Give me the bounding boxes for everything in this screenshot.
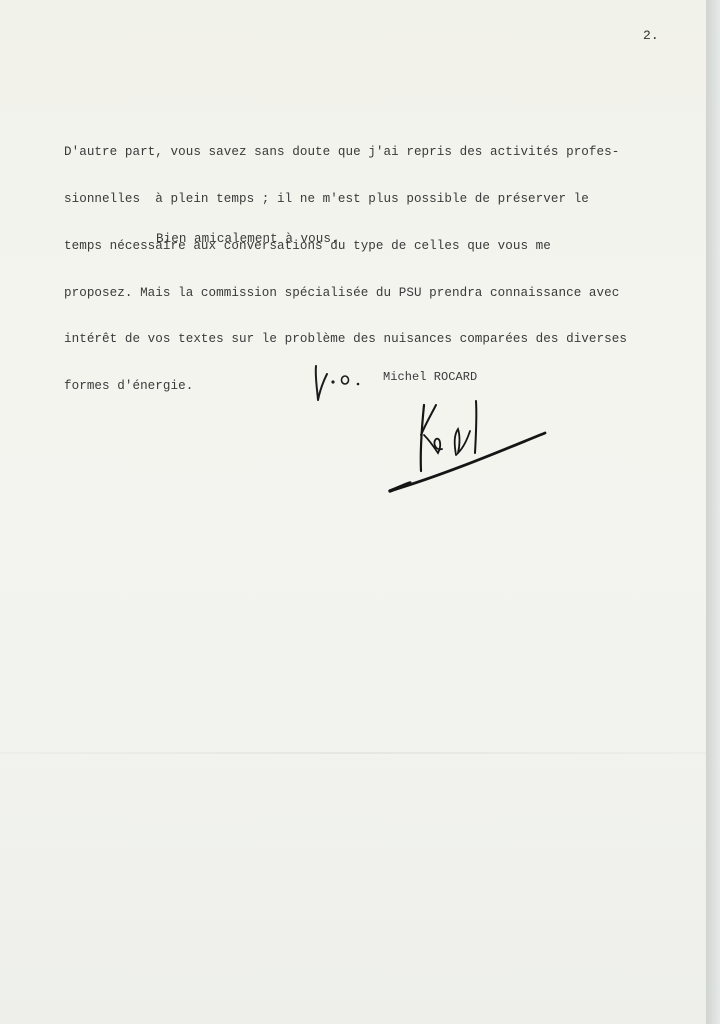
body-line: intérêt de vos textes sur le problème de… [64, 332, 627, 348]
per-order-handwritten-mark [310, 360, 370, 410]
signer-name: Michel ROCARD [383, 370, 477, 384]
body-line: proposez. Mais la commission spécialisée… [64, 286, 627, 302]
background-edge [706, 0, 720, 1024]
page-number: 2. [643, 28, 659, 43]
body-line: temps nécessaire aux conversations du ty… [64, 239, 627, 255]
handwritten-signature [380, 395, 550, 495]
paper-fold-crease [0, 752, 706, 754]
letter-page: 2. D'autre part, vous savez sans doute q… [0, 0, 706, 1024]
body-line: D'autre part, vous savez sans doute que … [64, 145, 627, 161]
closing-line: Bien amicalement à vous. [156, 232, 339, 246]
body-line: sionnelles à plein temps ; il ne m'est p… [64, 192, 627, 208]
